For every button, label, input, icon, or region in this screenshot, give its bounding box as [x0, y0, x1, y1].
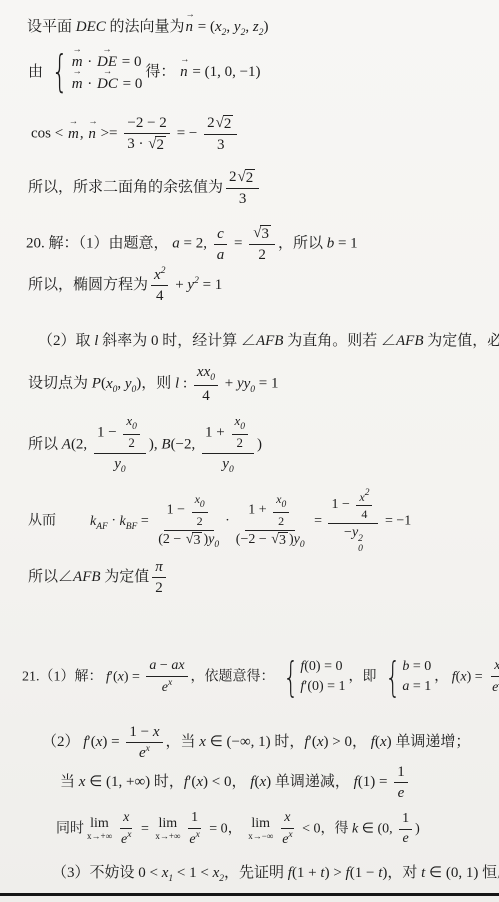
math-subscript: 0: [214, 540, 219, 550]
vector-name: DC: [97, 76, 118, 92]
fraction-numerator: x: [120, 810, 132, 829]
math-roman: :: [179, 376, 191, 392]
math-text: 20. 解：（1）由题意，: [26, 236, 172, 252]
sqrt-radicand: 2: [223, 115, 234, 133]
math-variable: x: [215, 19, 222, 35]
math-subscripted: kAF: [90, 514, 108, 529]
math-superscript: x: [146, 744, 150, 754]
formula-line: 21.（1）解： f′(x) = a − axex，依题意得：{f(0) = 0…: [22, 658, 499, 697]
limit-subscript: x→+∞: [87, 832, 112, 841]
vector: →n: [88, 125, 96, 145]
math-roman: ) >: [325, 865, 346, 881]
cases-rows: →m · →DE = 0→m · →DC = 0: [71, 53, 143, 93]
vector-arrow-icon: →: [72, 68, 83, 77]
math-text: 所以: [28, 437, 62, 453]
formula-line: （3）不妨设 0 < x1 < 1 < x2，先证明 f(1 + t) > f(…: [52, 864, 499, 885]
math-roman: ,: [226, 19, 234, 35]
fraction-denominator: ex: [186, 829, 202, 849]
math-limit: limx→+∞: [155, 817, 180, 841]
math-text: ，先证明: [224, 865, 288, 881]
math-text: 所以，所求二面角的余弦值为: [28, 180, 223, 196]
math-subscript: 0: [281, 500, 286, 510]
math-roman: = 0: [118, 54, 141, 70]
math-variable: x: [317, 734, 324, 750]
math-text: 的法向量为: [106, 19, 185, 35]
math-roman: ): [263, 19, 268, 35]
fraction-numerator: 2√2: [204, 114, 237, 135]
math-text: ，: [352, 734, 371, 750]
math-text: 斜率为 0 时，经计算: [98, 333, 241, 349]
vector: →m: [68, 125, 79, 145]
math-roman: 2: [197, 514, 203, 528]
cases-brace-icon: {: [283, 658, 298, 697]
math-subscript: 0: [229, 465, 234, 475]
math-roman: >=: [97, 126, 121, 142]
math-subscript: 0: [200, 500, 205, 510]
fraction-numerator: x0: [123, 414, 139, 435]
formula-line: （2）取 l 斜率为 0 时，经计算 ∠AFB 为直角。则若 ∠AFB 为定值，…: [38, 322, 499, 361]
fraction-numerator: −2 − 2: [124, 114, 169, 134]
fraction-denominator: ex: [118, 829, 134, 849]
math-variable: y: [234, 19, 241, 35]
math-roman: = 1: [255, 376, 278, 392]
cases-row: f(0) = 0: [300, 659, 345, 676]
math-roman: ∈ (0,: [358, 822, 396, 837]
math-roman: =: [137, 822, 152, 837]
math-text: 同时: [56, 822, 84, 837]
formula-line: 设切点为 P(x0, y0)，则 l : xx04 + yy0 = 1: [28, 363, 279, 405]
scan-bottom-edge: [0, 893, 499, 896]
math-text: ，: [232, 774, 251, 790]
fraction-denominator: (2 − √3)y0: [155, 531, 222, 551]
vector-arrow-icon: →: [97, 46, 117, 55]
math-roman: ) < 0: [203, 774, 231, 790]
math-variable: A: [62, 437, 71, 453]
sqrt-radicand: 3: [260, 225, 271, 243]
math-text: ，对: [387, 865, 421, 881]
math-roman: = (: [194, 19, 215, 35]
vector-name: n: [88, 126, 96, 142]
math-roman: 2: [207, 115, 215, 131]
math-roman: 3 ·: [127, 136, 147, 152]
fraction-numerator: a − ax: [146, 658, 187, 677]
math-roman: −: [344, 525, 352, 540]
math-variable: B: [161, 437, 170, 453]
fraction-denominator: ex: [136, 743, 153, 762]
fraction-numerator: 1 − x24: [328, 488, 378, 524]
fraction-denominator: 4: [199, 386, 213, 405]
math-superscripted: x2: [154, 267, 165, 283]
math-variable: e: [139, 745, 146, 761]
math-roman: ): [415, 822, 420, 837]
math-roman: ′(: [87, 734, 95, 750]
math-variable: DEC: [76, 19, 106, 35]
math-roman: (2 −: [158, 532, 185, 547]
vector-arrow-icon: →: [68, 118, 79, 127]
math-roman: 1: [191, 810, 198, 825]
fraction-numerator: 1: [188, 810, 201, 829]
math-fraction: xx04: [194, 363, 218, 405]
math-roman: ): [257, 437, 262, 453]
math-roman: ,: [80, 126, 88, 142]
math-text: 时，: [154, 774, 184, 790]
math-roman: ∠: [58, 569, 73, 585]
math-variable: AFB: [256, 333, 284, 349]
math-text: 由: [28, 64, 43, 80]
math-subscript: AF: [96, 522, 108, 532]
math-sqrt: √2: [148, 136, 166, 154]
vector-name: n: [186, 19, 194, 35]
fraction-numerator: 1 − x02: [94, 414, 146, 454]
formula-line: 当 x ∈ (1, +∞) 时，f′(x) < 0， f(x) 单调递减， f(…: [60, 763, 411, 802]
math-roman: ·: [84, 76, 97, 92]
cases-row: →m · →DC = 0: [71, 75, 143, 93]
cases-rows: b = 0a = 1: [402, 659, 431, 697]
math-fraction: x02: [192, 492, 208, 529]
fraction-denominator: a: [214, 245, 228, 264]
fraction-denominator: 4: [358, 506, 370, 521]
math-roman: −: [156, 658, 171, 673]
limit-word: lim: [159, 817, 178, 831]
math-fraction: 1e: [394, 763, 408, 802]
formula-line: cos < →m, →n >= −2 − 23 · √2 = − 2√23: [31, 114, 240, 154]
math-roman: ): [266, 774, 275, 790]
limit-word: lim: [90, 817, 109, 831]
fraction-numerator: 2√2: [226, 168, 259, 189]
math-text: 为定值，必为: [424, 333, 499, 349]
formula-line: 同时limx→+∞xex = limx→+∞1ex = 0， limx→−∞xe…: [56, 810, 420, 849]
fraction-numerator: xx0: [194, 363, 218, 386]
math-sqrt: √3: [253, 225, 271, 243]
math-superscripted: ex: [189, 832, 199, 847]
vector: →n: [186, 18, 194, 38]
math-variable: x: [494, 658, 499, 673]
math-roman: 1 −: [331, 497, 353, 512]
sqrt-radicand: 2: [155, 136, 166, 154]
limit-subscript: x→+∞: [155, 832, 180, 841]
fraction-numerator: 1: [399, 811, 412, 830]
fraction-numerator: x: [281, 810, 293, 829]
math-text: 所以，椭圆方程为: [28, 277, 148, 293]
vector: →n: [180, 63, 188, 83]
fraction-numerator: x: [491, 658, 499, 677]
fraction-denominator: 2: [275, 513, 287, 528]
math-subscripted: kBF: [120, 514, 138, 529]
math-roman: 2: [229, 169, 237, 185]
math-roman: (1) =: [358, 774, 391, 790]
math-variable: x: [197, 364, 204, 380]
math-variable: AFB: [73, 569, 101, 585]
math-text: 设平面: [27, 19, 76, 35]
math-fraction: 1 − x02(2 − √3)y0: [155, 492, 222, 551]
math-sqrt: √3: [186, 532, 203, 549]
math-roman: (1 −: [350, 865, 378, 881]
math-roman: ·: [108, 514, 120, 529]
math-roman: ′(0) = 1: [304, 679, 345, 694]
math-roman: 1 −: [129, 724, 152, 740]
fraction-numerator: π: [152, 558, 166, 578]
fraction-denominator: 4: [153, 286, 167, 305]
math-roman: +: [171, 277, 187, 293]
fraction-numerator: x0: [273, 492, 289, 513]
math-variable: x: [106, 376, 113, 392]
formula-line: 设平面 DEC 的法向量为→n = (x2, y2, z2): [27, 18, 268, 39]
math-subscripted: x0: [195, 492, 205, 506]
math-roman: = 1: [199, 277, 222, 293]
math-subscripted: y2: [234, 19, 245, 35]
math-roman: 1: [402, 811, 409, 826]
math-roman: −2 − 2: [127, 115, 166, 131]
math-subscripted: x0: [204, 364, 215, 380]
math-cases: {f(0) = 0f′(0) = 1: [278, 658, 346, 697]
math-text: 恒成立: [482, 865, 499, 881]
math-variable: x: [153, 724, 160, 740]
formula-line: 所以 A(2, 1 − x02y0), B(−2, 1 + x02y0): [28, 414, 262, 476]
math-fraction: 1ex: [186, 810, 202, 849]
vector-arrow-icon: →: [88, 118, 96, 127]
math-text: 所以: [28, 569, 58, 585]
fraction-denominator: 2: [234, 435, 246, 451]
math-superscript: 2: [161, 266, 166, 276]
math-roman: = 1: [409, 679, 431, 694]
vector: →m: [72, 75, 83, 93]
vector: →DC: [97, 75, 118, 93]
fraction-denominator: 2: [125, 435, 137, 451]
math-roman: 3: [239, 191, 247, 207]
math-fraction: 1 − xex: [126, 723, 162, 762]
math-variable: π: [155, 559, 163, 575]
math-roman: (1 +: [292, 865, 320, 881]
math-variable: x: [123, 810, 129, 825]
math-variable: a: [172, 236, 180, 252]
math-text: 为直角。则若: [283, 333, 381, 349]
math-fraction: 1 − x02y0: [94, 414, 146, 476]
math-roman: ∈ (−∞, 1): [206, 734, 274, 750]
math-roman: 2: [258, 247, 266, 263]
formula-line: 所以，所求二面角的余弦值为2√23: [28, 168, 262, 208]
math-subscripted: z2: [253, 19, 264, 35]
math-variable: y: [114, 456, 121, 472]
math-variable: e: [398, 785, 405, 801]
math-variable: ax: [171, 658, 184, 673]
math-variable: P: [92, 376, 101, 392]
vector-name: m: [68, 126, 79, 142]
vector-arrow-icon: →: [180, 56, 188, 65]
math-roman: ′(: [309, 734, 317, 750]
math-subscripted: x2: [215, 19, 226, 35]
limit-subscript: x→−∞: [248, 832, 273, 841]
math-fraction: −2 − 23 · √2: [124, 114, 170, 154]
fraction-numerator: x2: [151, 266, 168, 286]
math-variable: x: [154, 267, 161, 283]
formula-line: 由{→m · →DE = 0→m · →DC = 0得： →n = (1, 0,…: [28, 52, 261, 93]
math-roman: ,: [117, 376, 125, 392]
math-fraction: 1 + x02y0: [202, 414, 254, 476]
math-fraction: x24: [356, 488, 372, 522]
math-text: ，即: [349, 670, 377, 685]
sqrt-radicand: 2: [245, 169, 256, 187]
math-roman: = −: [173, 126, 201, 142]
fraction-numerator: 1 + x02: [245, 492, 295, 531]
math-subscript: 0: [132, 422, 137, 432]
fraction-numerator: x0: [192, 492, 208, 513]
math-roman: =: [311, 514, 326, 529]
fraction-denominator: 3 · √2: [124, 134, 170, 154]
math-roman: = −1: [381, 514, 411, 529]
math-text: ，所以: [278, 236, 327, 252]
math-fraction: 1 + x02(−2 − √3)y0: [233, 492, 308, 551]
math-text: ，: [228, 822, 246, 837]
math-fraction: x02: [273, 492, 289, 529]
fraction-numerator: x2: [356, 488, 372, 506]
math-text: ，依题意得：: [191, 670, 275, 685]
math-superscripted: ex: [162, 680, 172, 695]
math-text: 从而: [28, 514, 56, 529]
math-subscripted: y0: [294, 532, 305, 547]
math-subscript: 0: [210, 373, 215, 383]
math-limit: limx→−∞: [248, 817, 273, 841]
math-subscript: 0: [358, 545, 363, 555]
math-limit: limx→+∞: [87, 817, 112, 841]
math-fraction: a − axex: [146, 658, 187, 697]
math-sqrt: √3: [271, 532, 288, 549]
math-roman: ) =: [102, 734, 123, 750]
math-superscripted: x2: [359, 490, 369, 504]
math-fraction: x02: [232, 414, 248, 452]
math-variable: y: [125, 376, 132, 392]
math-variable: x: [284, 810, 290, 825]
fraction-numerator: 1 − x02: [164, 492, 214, 531]
math-roman: 1: [397, 764, 405, 780]
math-text: 单调递增；: [395, 734, 470, 750]
vector-arrow-icon: →: [72, 46, 83, 55]
math-roman: (−2 −: [236, 532, 270, 547]
cases-row: a = 1: [402, 679, 431, 696]
math-superscript: x: [196, 830, 200, 840]
math-variable: x: [380, 734, 387, 750]
math-subscript: BF: [126, 522, 138, 532]
math-text: （2）取: [38, 333, 94, 349]
math-fraction: ca: [214, 225, 228, 264]
math-roman: 0 <: [138, 865, 161, 881]
math-roman: (0) = 0: [304, 659, 342, 674]
math-roman: 2: [155, 580, 163, 596]
math-variable: e: [403, 831, 409, 846]
math-fraction: xex: [489, 658, 499, 697]
fraction-denominator: y0: [219, 454, 236, 476]
math-roman: +: [221, 376, 237, 392]
fraction-numerator: c: [214, 225, 227, 245]
math-superscripted: y2: [187, 277, 198, 293]
math-roman: ∠: [381, 333, 396, 349]
math-roman: 1 −: [97, 424, 120, 440]
math-fraction: √32: [249, 224, 275, 264]
math-roman: (2,: [71, 437, 91, 453]
fraction-numerator: x0: [232, 414, 248, 435]
math-text: ，得: [321, 822, 353, 837]
math-roman: 4: [156, 288, 164, 304]
math-fraction: x02: [123, 414, 139, 452]
math-superscript: 2: [365, 488, 370, 498]
math-text: 单调递减，: [275, 774, 354, 790]
cases-rows: f(0) = 0f′(0) = 1: [300, 659, 345, 697]
math-sqrt: √2: [216, 115, 234, 133]
fraction-denominator: ex: [279, 829, 295, 849]
formula-line: 20. 解：（1）由题意， a = 2, ca = √32，所以 b = 1: [26, 224, 358, 264]
math-text: 时，: [274, 734, 304, 750]
vector-arrow-icon: →: [97, 68, 118, 77]
math-fraction: 1e: [399, 811, 412, 848]
fraction-denominator: 2: [255, 245, 269, 264]
math-roman: cos <: [31, 126, 67, 142]
math-variable: a: [217, 247, 225, 263]
math-fraction: 2√23: [204, 114, 237, 154]
math-text: ，: [434, 670, 452, 685]
fraction-denominator: 3: [214, 135, 228, 154]
math-fraction: xex: [118, 810, 134, 849]
math-roman: ),: [149, 437, 162, 453]
scanned-document-page: 设平面 DEC 的法向量为→n = (x2, y2, z2)由{→m · →DE…: [0, 0, 499, 902]
math-text: ，当: [166, 734, 200, 750]
limit-word: lim: [251, 817, 270, 831]
math-roman: < 0: [299, 822, 321, 837]
math-roman: ) > 0: [324, 734, 352, 750]
math-fraction: xex: [279, 810, 295, 849]
math-subscripted: x2: [213, 865, 224, 881]
fraction-numerator: 1 + x02: [202, 414, 254, 454]
math-subsup: y20: [352, 525, 363, 540]
math-roman: = 2,: [180, 236, 211, 252]
vector-arrow-icon: →: [186, 11, 194, 20]
math-roman: = 0: [119, 76, 142, 92]
math-subscripted: y0: [208, 532, 219, 547]
fraction-denominator: y0: [111, 454, 128, 476]
math-subscripted: y0: [125, 376, 136, 392]
formula-line: 所以，椭圆方程为x24 + y2 = 1: [28, 266, 222, 305]
formula-line: 所以∠AFB 为定值π2: [28, 558, 169, 597]
math-text: （2）: [42, 734, 83, 750]
math-roman: ∈ (0, 1): [425, 865, 482, 881]
math-superscripted: ex: [139, 745, 150, 761]
math-roman: ′(: [110, 670, 118, 685]
fraction-numerator: 1: [394, 763, 408, 783]
fraction-denominator: e: [400, 830, 412, 848]
fraction-denominator: (−2 − √3)y0: [233, 531, 308, 551]
math-subscripted: x0: [126, 414, 136, 428]
math-fraction: x24: [151, 266, 168, 305]
math-sqrt: √2: [238, 169, 256, 187]
formula-line: 从而kAF · kBF = 1 − x02(2 − √3)y0·1 + x02(…: [28, 488, 411, 555]
math-roman: ) =: [467, 670, 487, 685]
math-superscripted: ex: [282, 832, 292, 847]
math-roman: 2: [237, 436, 243, 450]
math-subscripted: y0: [244, 376, 255, 392]
math-subscripted: x0: [235, 414, 245, 428]
math-superscripted: ex: [121, 832, 131, 847]
math-subscripted: x0: [106, 376, 117, 392]
math-roman: = 0: [206, 822, 228, 837]
math-variable: c: [217, 226, 224, 242]
math-variable: y: [237, 376, 244, 392]
fraction-denominator: ex: [159, 677, 175, 697]
math-roman: 2: [278, 514, 284, 528]
fraction-denominator: ex: [489, 677, 499, 697]
fraction-denominator: 2: [152, 578, 166, 597]
math-roman: 3: [217, 137, 225, 153]
math-roman: ) =: [124, 670, 144, 685]
math-fraction: π2: [152, 558, 166, 597]
math-fraction: 1 − x24−y20: [328, 488, 378, 555]
